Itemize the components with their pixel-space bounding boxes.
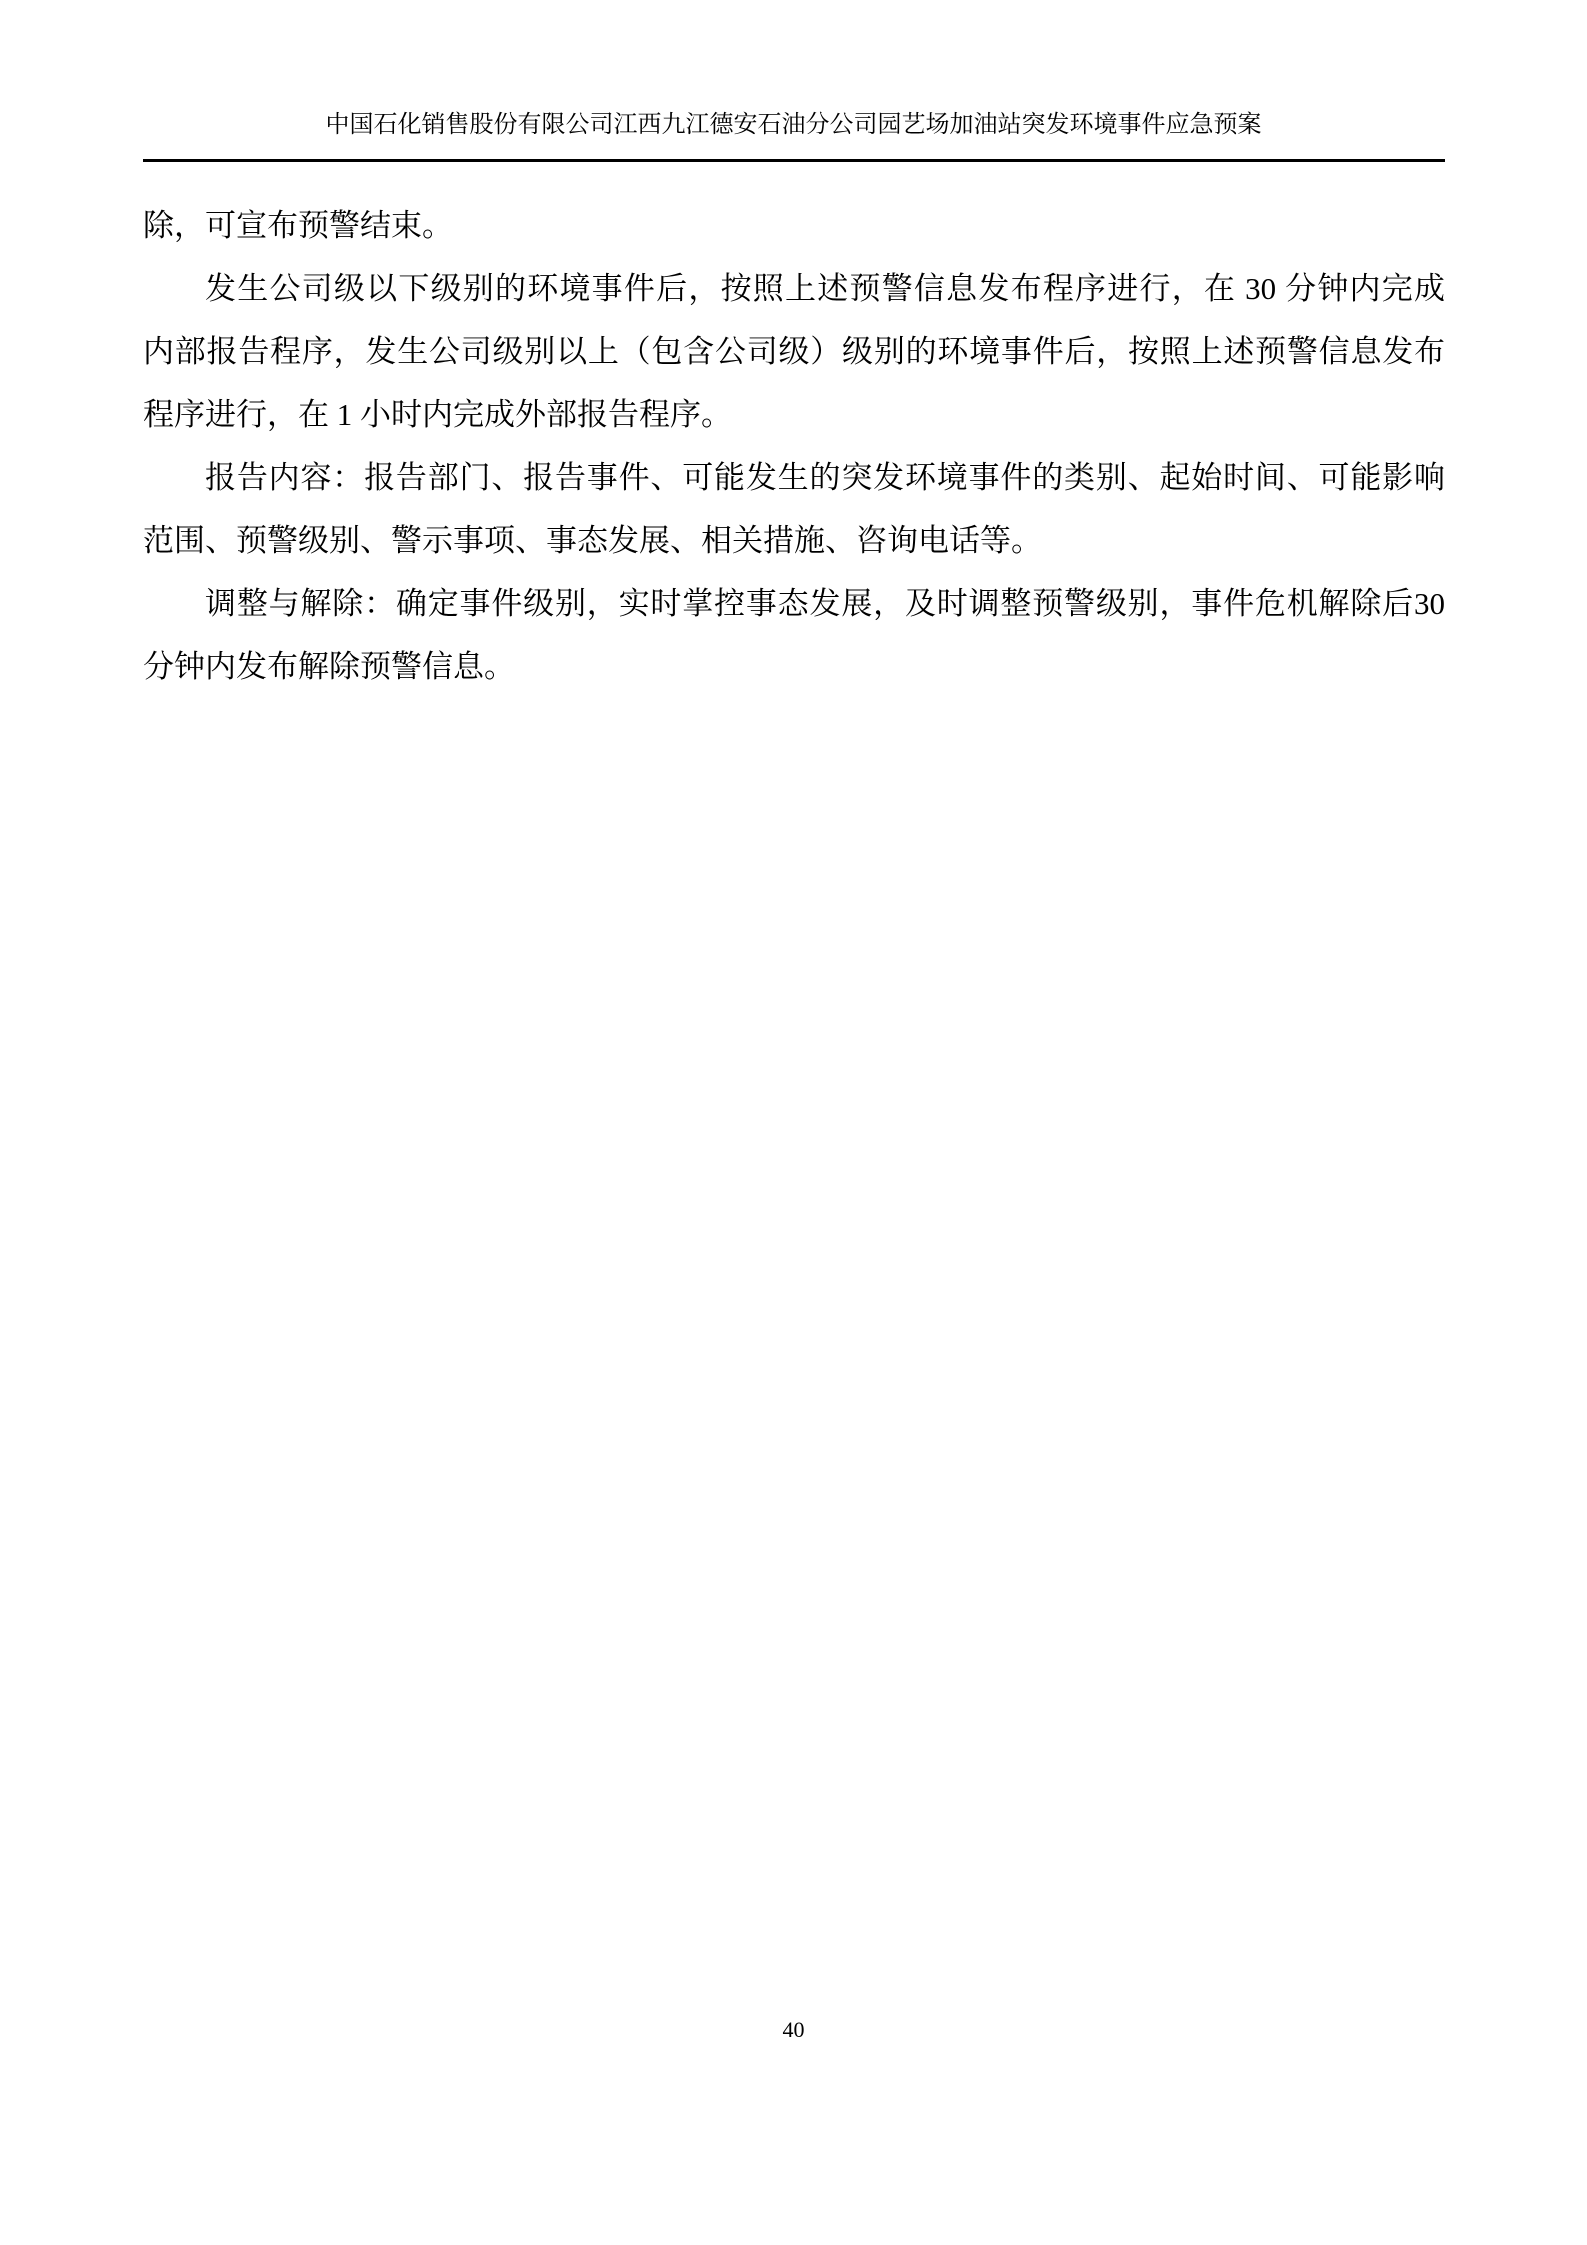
document-page: 中国石化销售股份有限公司江西九江德安石油分公司园艺场加油站突发环境事件应急预案 …: [0, 0, 1587, 2245]
paragraph-2-line-2: 内部报告程序，发生公司级别以上（包含公司级）级别的环境事件后，按照上述预警信息发…: [143, 320, 1445, 383]
paragraph-3-line-1: 报告内容：报告部门、报告事件、可能发生的突发环境事件的类别、起始时间、可能影响: [143, 446, 1445, 509]
paragraph-3-line-2: 范围、预警级别、警示事项、事态发展、相关措施、咨询电话等。: [143, 509, 1445, 572]
paragraph-2-line-3: 程序进行，在 1 小时内完成外部报告程序。: [143, 383, 1445, 446]
header-divider-rule: [143, 159, 1445, 162]
paragraph-2-line-1: 发生公司级以下级别的环境事件后，按照上述预警信息发布程序进行，在 30 分钟内完…: [143, 257, 1445, 320]
paragraph-1-line-1: 除，可宣布预警结束。: [143, 194, 1445, 257]
page-header-title: 中国石化销售股份有限公司江西九江德安石油分公司园艺场加油站突发环境事件应急预案: [0, 110, 1587, 140]
page-footer: 40: [0, 2016, 1587, 2044]
document-body: 除，可宣布预警结束。 发生公司级以下级别的环境事件后，按照上述预警信息发布程序进…: [143, 194, 1445, 698]
page-number: 40: [783, 2017, 805, 2042]
paragraph-4-line-2: 分钟内发布解除预警信息。: [143, 635, 1445, 698]
paragraph-4-line-1: 调整与解除：确定事件级别，实时掌控事态发展，及时调整预警级别，事件危机解除后30: [143, 572, 1445, 635]
